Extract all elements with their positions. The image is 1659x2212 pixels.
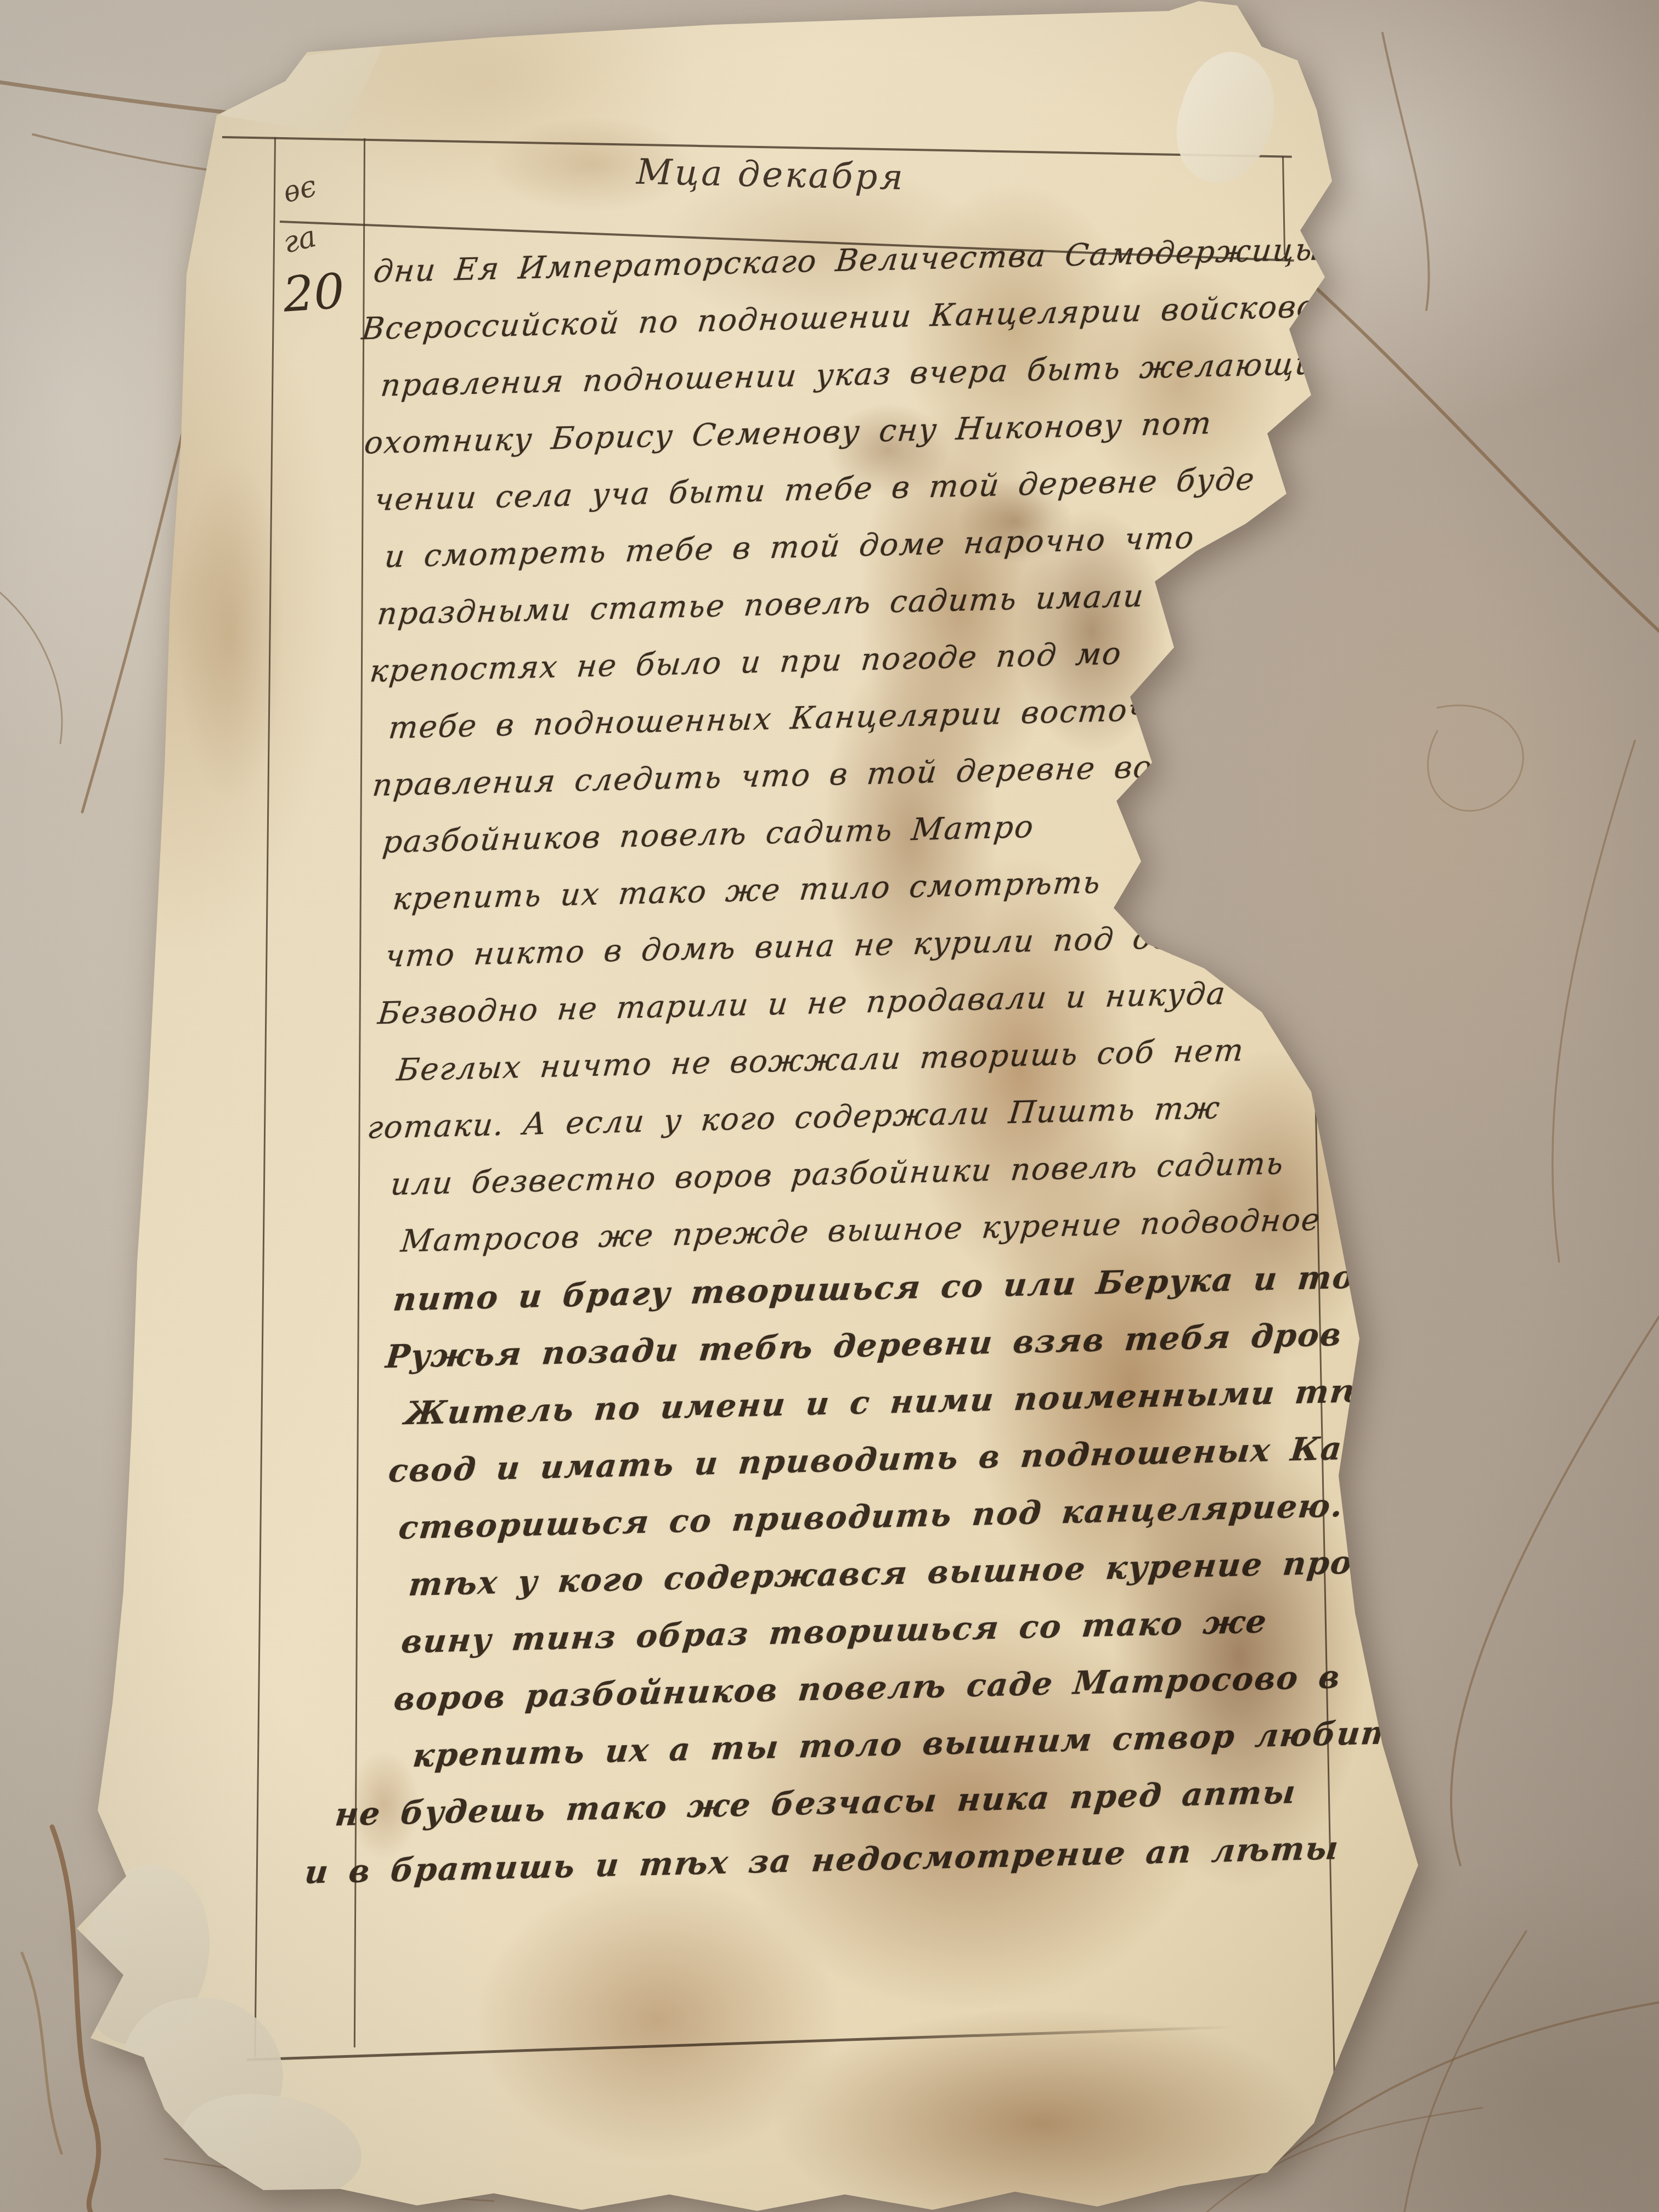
torn-corner-fragment — [1161, 41, 1291, 195]
margin-marks: ѳєга — [283, 158, 365, 259]
ruled-line-bottom — [247, 2025, 1234, 2061]
header-month-title: Мца декабря — [636, 152, 905, 198]
dog-ear-fold — [217, 33, 398, 148]
torn-edge-fragment — [176, 2086, 367, 2209]
manuscript-sheet-wrapper: ѳєга Мца декабря 20 дни Ея Императорскаг… — [0, 0, 1659, 2212]
manuscript-sheet: ѳєга Мца декабря 20 дни Ея Императорскаг… — [0, 0, 1659, 2212]
manuscript-photo: ѳєга Мца декабря 20 дни Ея Императорскаг… — [0, 0, 1659, 2212]
handwritten-text-block: дни Ея Императорскаго Величества Самодер… — [258, 229, 1476, 1911]
